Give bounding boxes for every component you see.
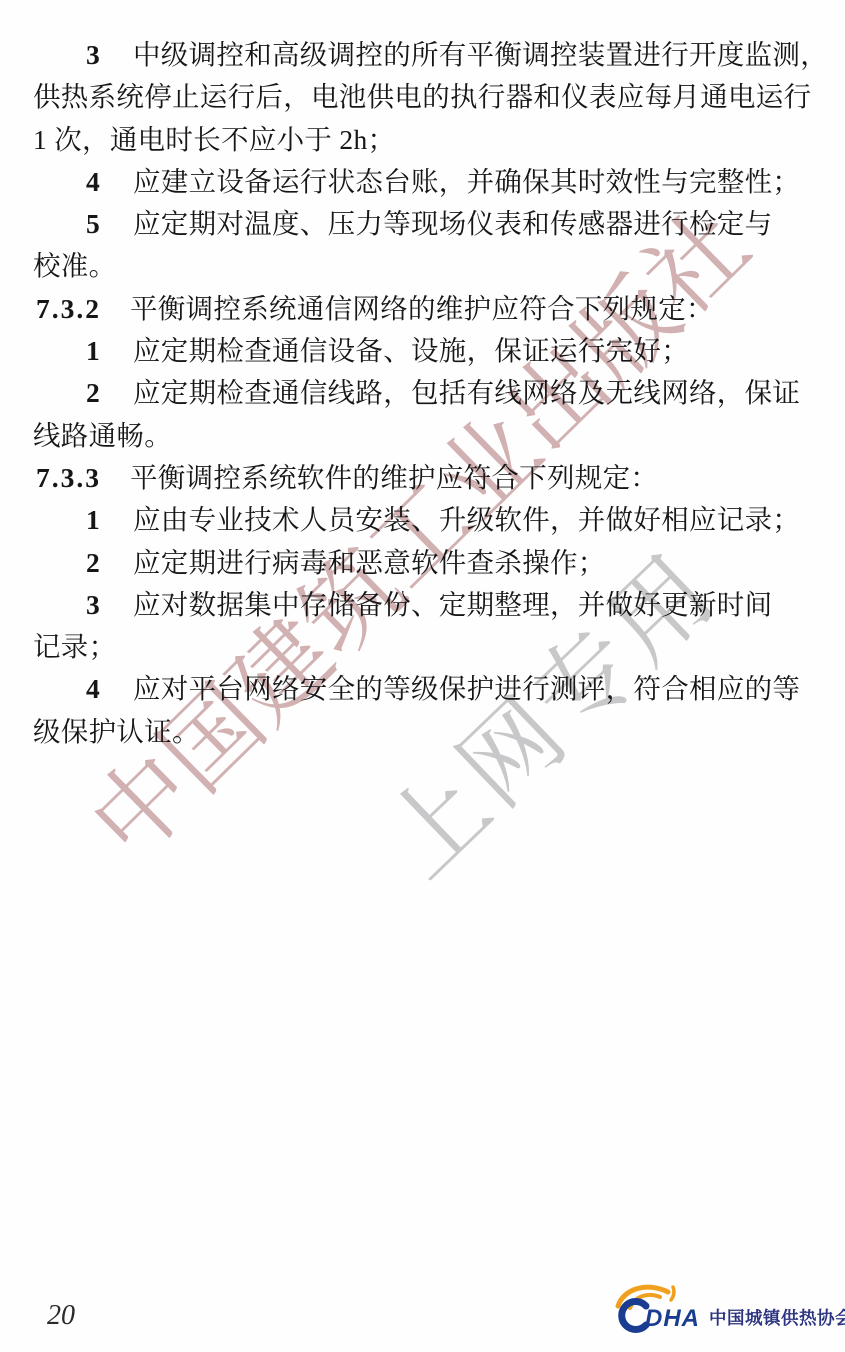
- text-line: 2应定期检查通信线路，包括有线网络及无线网络，保证: [33, 372, 812, 414]
- text-line: 供热系统停止运行后，电池供电的执行器和仪表应每月通电运行: [33, 76, 812, 118]
- line-text: 线路通畅。: [33, 420, 172, 451]
- line-text: 应定期进行病毒和恶意软件查杀操作；: [133, 547, 606, 578]
- line-text: 平衡调控系统通信网络的维护应符合下列规定：: [130, 293, 714, 324]
- line-number: 2: [86, 542, 133, 584]
- text-line: 5应定期对温度、压力等现场仪表和传感器进行检定与: [33, 203, 812, 245]
- c-letter-mark: [622, 1302, 646, 1330]
- logo-letters: DHA: [645, 1305, 700, 1332]
- text-line: 1 次，通电时长不应小于 2h；: [33, 119, 812, 161]
- line-text: 供热系统停止运行后，电池供电的执行器和仪表应每月通电运行: [33, 81, 811, 112]
- text-line: 线路通畅。: [33, 415, 812, 457]
- document-body: 3中级调控和高级调控的所有平衡调控装置进行开度监测， 供热系统停止运行后，电池供…: [33, 34, 812, 753]
- line-number: 1: [86, 330, 133, 372]
- text-line: 4应对平台网络安全的等级保护进行测评，符合相应的等: [33, 668, 812, 710]
- line-number: 3: [86, 584, 133, 626]
- text-line: 级保护认证。: [33, 711, 812, 753]
- line-number: 4: [86, 668, 133, 710]
- line-text: 应定期检查通信线路，包括有线网络及无线网络，保证: [133, 377, 800, 408]
- text-line: 校准。: [33, 245, 812, 287]
- document-page: 中国建筑工业出版社 上网专用 3中级调控和高级调控的所有平衡调控装置进行开度监测…: [0, 0, 845, 1352]
- line-number: 7.3.2: [36, 288, 130, 330]
- text-line: 记录；: [33, 626, 812, 668]
- text-line: 3应对数据集中存储备份、定期整理，并做好更新时间: [33, 584, 812, 626]
- line-number: 7.3.3: [36, 457, 130, 499]
- line-text: 应由专业技术人员安装、升级软件，并做好相应记录；: [133, 504, 800, 535]
- line-number: 4: [86, 161, 133, 203]
- page-number: 20: [47, 1300, 75, 1332]
- line-text: 应定期对温度、压力等现场仪表和传感器进行检定与: [133, 208, 772, 239]
- text-line: 2应定期进行病毒和恶意软件查杀操作；: [33, 542, 812, 584]
- line-text: 应对平台网络安全的等级保护进行测评，符合相应的等: [133, 673, 800, 704]
- line-text: 校准。: [33, 250, 116, 281]
- line-text: 应定期检查通信设备、设施，保证运行完好；: [133, 335, 689, 366]
- line-number: 5: [86, 203, 133, 245]
- line-number: 3: [86, 34, 133, 76]
- text-line: 3中级调控和高级调控的所有平衡调控装置进行开度监测，: [33, 34, 812, 76]
- line-text: 平衡调控系统软件的维护应符合下列规定：: [130, 462, 658, 493]
- text-line: 7.3.3平衡调控系统软件的维护应符合下列规定：: [33, 457, 812, 499]
- text-line: 7.3.2平衡调控系统通信网络的维护应符合下列规定：: [33, 288, 812, 330]
- text-line: 1应定期检查通信设备、设施，保证运行完好；: [33, 330, 812, 372]
- line-number: 1: [86, 499, 133, 541]
- footer-logo: DHA 中国城镇供热协会: [610, 1283, 845, 1340]
- cdha-logo: DHA 中国城镇供热协会: [610, 1283, 845, 1335]
- line-text: 中级调控和高级调控的所有平衡调控装置进行开度监测，: [133, 39, 828, 70]
- line-text: 记录；: [33, 631, 116, 662]
- text-line: 1应由专业技术人员安装、升级软件，并做好相应记录；: [33, 499, 812, 541]
- line-text: 应对数据集中存储备份、定期整理，并做好更新时间: [133, 589, 772, 620]
- association-name: 中国城镇供热协会: [709, 1308, 845, 1328]
- line-text: 1 次，通电时长不应小于 2h；: [33, 124, 395, 155]
- line-text: 级保护认证。: [33, 716, 200, 747]
- line-text: 应建立设备运行状态台账，并确保其时效性与完整性；: [133, 166, 800, 197]
- line-number: 2: [86, 372, 133, 414]
- text-line: 4应建立设备运行状态台账，并确保其时效性与完整性；: [33, 161, 812, 203]
